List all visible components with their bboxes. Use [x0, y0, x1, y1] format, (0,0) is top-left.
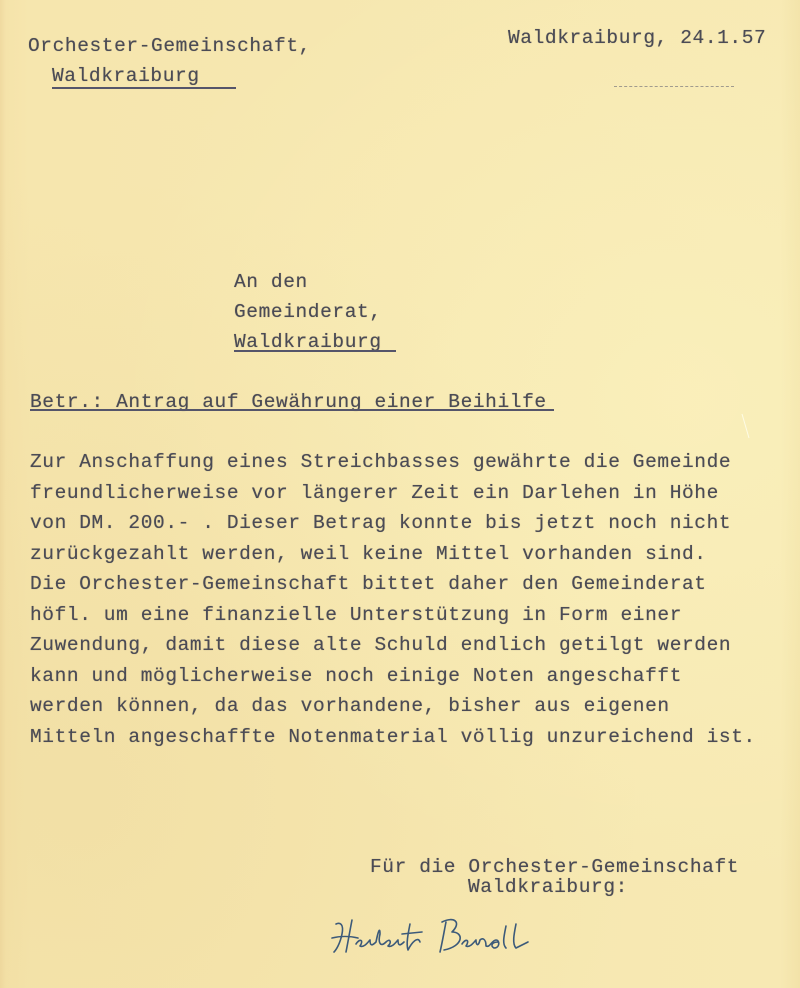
subject-line: Betr.: Antrag auf Gewährung einer Beihil…	[30, 387, 547, 417]
body-line: werden können, da das vorhandene, bisher…	[30, 691, 756, 722]
sender-name: Orchester-Gemeinschaft,	[28, 31, 311, 61]
body-line: von DM. 200.- . Dieser Betrag konnte bis…	[30, 508, 756, 539]
body-line: freundlicherweise vor längerer Zeit ein …	[30, 478, 756, 509]
body-line: Zur Anschaffung eines Streichbasses gewä…	[30, 447, 756, 478]
body-line: Die Orchester-Gemeinschaft bittet daher …	[30, 569, 756, 600]
body-line: Zuwendung, damit diese alte Schuld endli…	[30, 630, 756, 661]
recipient-salutation: An den	[234, 267, 308, 297]
subject-underline	[30, 409, 554, 411]
sender-city-underline	[52, 87, 236, 89]
body-line: Mitteln angeschaffte Notenmaterial völli…	[30, 722, 756, 753]
body-line: höfl. um eine finanzielle Unterstützung …	[30, 600, 756, 631]
recipient-city-underline	[234, 350, 396, 352]
recipient-city: Waldkraiburg	[234, 327, 382, 357]
handwritten-signature: Herbert Benoit	[330, 912, 550, 962]
place-date: Waldkraiburg, 24.1.57	[508, 23, 766, 53]
paper-scratch-mark	[740, 412, 752, 442]
body-line: zurückgezahlt werden, weil keine Mittel …	[30, 539, 756, 570]
date-dotted-rule	[614, 86, 734, 87]
letter-body: Zur Anschaffung eines Streichbasses gewä…	[30, 447, 756, 752]
closing-line-2: Waldkraiburg:	[468, 872, 628, 902]
body-line: kann und möglicherweise noch einige Note…	[30, 661, 756, 692]
recipient-organization: Gemeinderat,	[234, 297, 382, 327]
